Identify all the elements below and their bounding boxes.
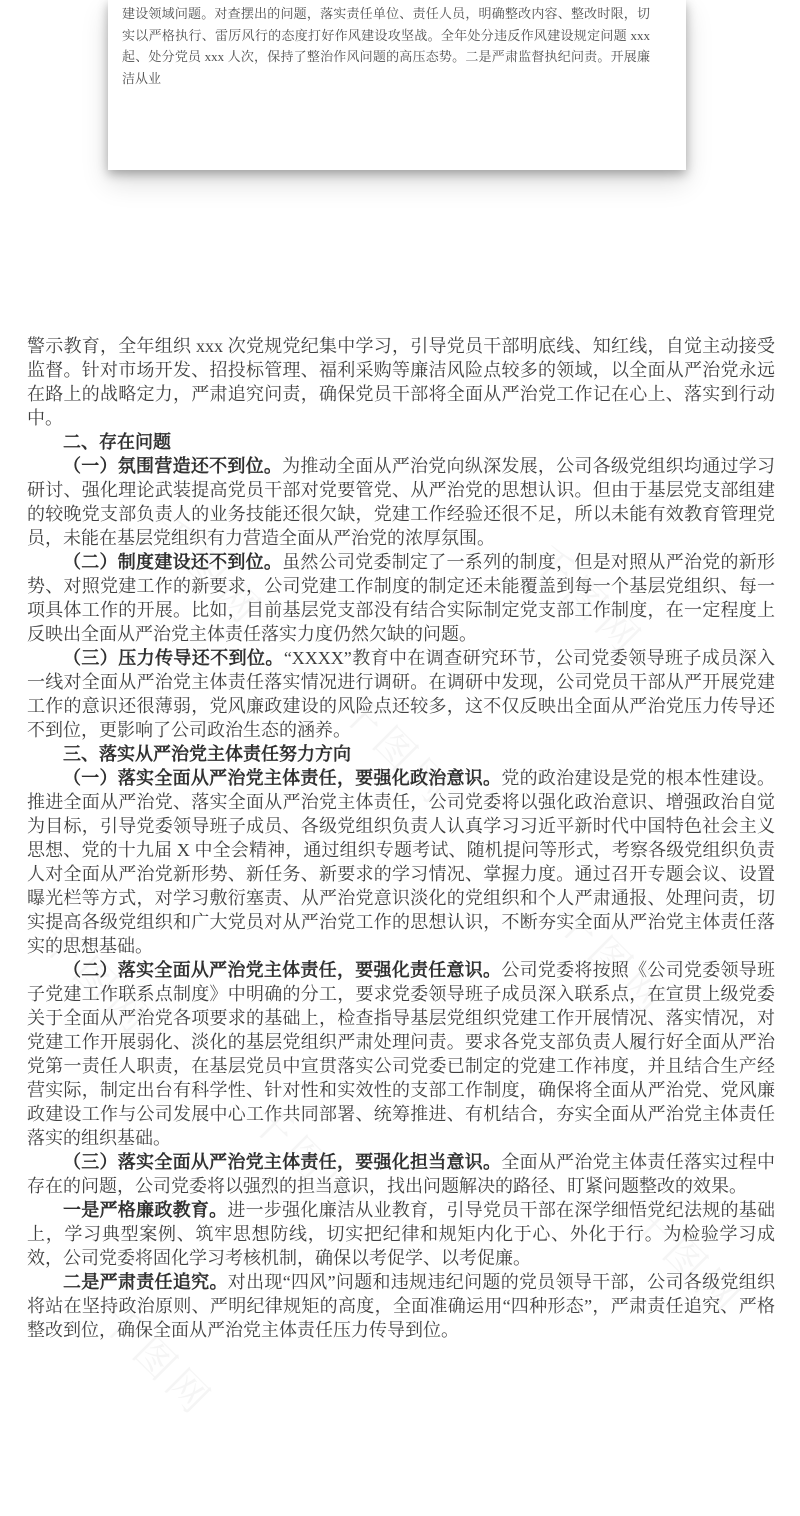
document-body: 警示教育，全年组织 xxx 次党规党纪集中学习，引导党员干部明底线、知红线，自觉…	[0, 170, 800, 1342]
paragraph: （三）落实全面从严治党主体责任，要强化担当意识。全面从严治党主体责任落实过程中存…	[27, 1150, 775, 1198]
section-heading: 三、落实从严治党主体责任努力方向	[27, 742, 775, 766]
paragraph: （二）制度建设还不到位。虽然公司党委制定了一系列的制度，但是对照从严治党的新形势…	[27, 550, 775, 646]
document-preview-page: { "page": { "background": "#ffffff", "te…	[0, 0, 800, 1516]
paragraph: （一）氛围营造还不到位。为推动全面从严治党向纵深发展，公司各级党组织均通过学习研…	[27, 454, 775, 550]
paragraph-lead: 一是严格廉政教育。	[63, 1200, 227, 1220]
previous-page-text: 建设领域问题。对查摆出的问题，落实责任单位、责任人员，明确整改内容、整改时限，切…	[108, 0, 686, 89]
section-heading: 二、存在问题	[27, 430, 775, 454]
paragraph-lead: （三）压力传导还不到位。	[63, 648, 284, 668]
paragraph: （三）压力传导还不到位。“XXXX”教育中在调查研究环节，公司党委领导班子成员深…	[27, 646, 775, 742]
paragraph-lead: （三）落实全面从严治党主体责任，要强化担当意识。	[63, 1152, 501, 1172]
paragraph-lead: （一）落实全面从严治党主体责任，要强化政治意识。	[63, 768, 501, 788]
paragraph-lead: （二）制度建设还不到位。	[63, 552, 282, 572]
paragraph: （二）落实全面从严治党主体责任，要强化责任意识。公司党委将按照《公司党委领导班子…	[27, 958, 775, 1150]
paragraph: （一）落实全面从严治党主体责任，要强化政治意识。党的政治建设是党的根本性建设。推…	[27, 766, 775, 958]
page-preview-card: 建设领域问题。对查摆出的问题，落实责任单位、责任人员，明确整改内容、整改时限，切…	[108, 0, 686, 170]
paragraph-lead: （二）落实全面从严治党主体责任，要强化责任意识。	[63, 960, 501, 980]
paragraph: 警示教育，全年组织 xxx 次党规党纪集中学习，引导党员干部明底线、知红线，自觉…	[27, 334, 775, 430]
paragraph-lead: 二是严肃责任追究。	[63, 1272, 228, 1292]
paragraph: 二是严肃责任追究。对出现“四风”问题和违规违纪问题的党员领导干部，公司各级党组织…	[27, 1270, 775, 1342]
paragraph: 一是严格廉政教育。进一步强化廉洁从业教育，引导党员干部在深学细悟党纪法规的基础上…	[27, 1198, 775, 1270]
paragraph-lead: （一）氛围营造还不到位。	[63, 456, 282, 476]
